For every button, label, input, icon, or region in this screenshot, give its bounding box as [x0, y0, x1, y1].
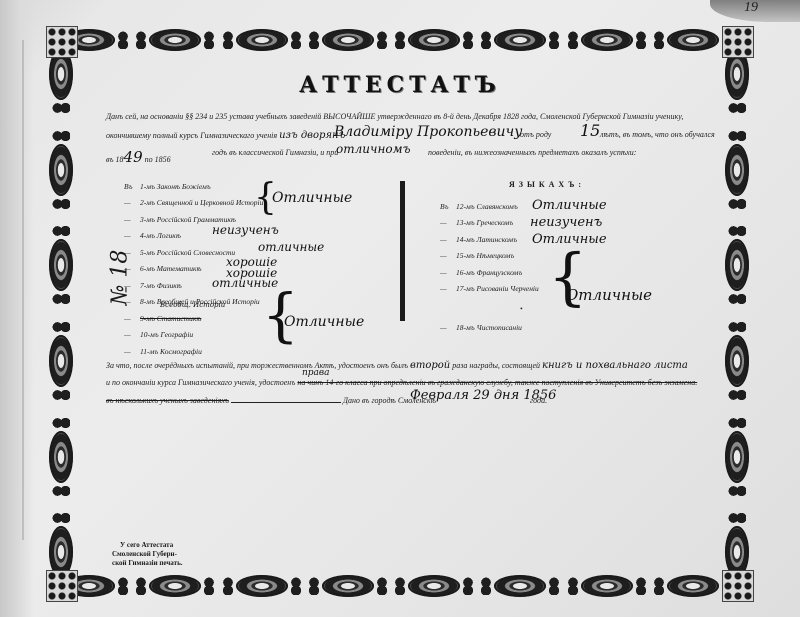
subject-row: —10-мъ Географіи	[124, 327, 263, 344]
closing-year-word: года.	[530, 396, 547, 405]
subject-row: —16-мъ Французскомъ	[440, 264, 539, 281]
oval-ornament-icon	[725, 144, 749, 196]
subject-row: —15-мъ Нѣмецкомъ	[440, 248, 539, 265]
subject-9-correction: Всеобщ. Исторіи	[160, 301, 225, 309]
subject-row: —14-мъ Латинскомъ	[440, 231, 539, 248]
spacer-dot: •	[440, 297, 539, 319]
student-age: 15	[580, 121, 600, 140]
languages-heading: ЯЗЫКАХЪ:	[509, 180, 585, 189]
start-year: 49	[124, 148, 143, 166]
grade-subject-5: отличные	[258, 240, 324, 254]
oval-ornament-icon	[149, 29, 201, 51]
oval-ornament-icon	[725, 239, 749, 291]
oval-ornament-icon	[236, 29, 288, 51]
archive-number: 19	[744, 0, 758, 16]
oval-ornament-icon	[322, 575, 374, 597]
border-bottom-ornament	[46, 572, 736, 600]
intro-line-3-mid: годъ въ классической Гимназіи, и при	[212, 148, 338, 157]
intro-line-2-tail: отъ роду	[520, 130, 551, 139]
grade-subjects-8-11: Отличные	[284, 314, 364, 330]
subjects-right-list: Въ12-мъ Славянскомъ —13-мъ Греческомъ —1…	[440, 198, 539, 336]
subject-row: —18-мъ Чистописаніи	[440, 319, 539, 336]
grade-subject-4: неизученъ	[212, 223, 279, 237]
intro-line-1: Данъ сей, на основаніи §§ 234 и 235 уста…	[106, 112, 683, 121]
oval-ornament-icon	[408, 575, 460, 597]
closing-line-3: въ нѣсколькихъ ученыхъ заведеніяхъ Дано …	[106, 396, 436, 405]
subject-row: —11-мъ Космографіи	[124, 343, 263, 360]
oval-ornament-icon	[494, 575, 546, 597]
oval-ornament-icon	[49, 144, 73, 196]
oval-ornament-icon	[236, 575, 288, 597]
corner-rosette-icon	[46, 570, 78, 602]
oval-ornament-icon	[725, 335, 749, 387]
subject-row: —13-мъ Греческомъ	[440, 215, 539, 232]
oval-ornament-icon	[667, 575, 719, 597]
subject-row: —17-мъ Рисованіи Черченіи	[440, 281, 539, 298]
oval-ornament-icon	[667, 29, 719, 51]
corner-rosette-icon	[722, 26, 754, 58]
grade-subject-12: Отличные	[532, 198, 607, 213]
column-divider	[400, 181, 405, 321]
oval-ornament-icon	[322, 29, 374, 51]
attestat-document: 19 АТТЕСТАТЪ	[0, 0, 800, 617]
oval-ornament-icon	[581, 29, 633, 51]
grade-subjects-1-3: Отличные	[272, 190, 352, 206]
grade-subjects-15-18: Отличные	[566, 286, 652, 304]
oval-ornament-icon	[581, 575, 633, 597]
number-mark: № 18	[107, 250, 132, 306]
right-inserted: права	[302, 368, 330, 378]
seal-note: У сего Аттестата Смоленской Губерн- ской…	[112, 541, 183, 568]
subject-row: Въ12-мъ Славянскомъ	[440, 198, 539, 215]
oval-ornament-icon	[149, 575, 201, 597]
award-description: книгъ и похвальнаго листа	[542, 360, 688, 371]
oval-ornament-icon	[494, 29, 546, 51]
intro-line-2-end: лѣтъ, въ томъ, что онъ обучался	[600, 130, 715, 139]
oval-ornament-icon	[49, 335, 73, 387]
grade-subject-13: неизученъ	[530, 215, 602, 230]
closing-line-2: и по окончаніи курса Гимназическаго учен…	[106, 378, 697, 387]
border-top-ornament	[46, 26, 736, 54]
intro-line-2: окончившему полный курсъ Гимназическаго …	[106, 130, 345, 141]
subject-row: —2-мъ Священной и Церковной Исторіи	[124, 195, 263, 212]
intro-line-3: въ 1849 по 1856	[106, 148, 171, 166]
closing-line-1: За что, после очерёдныхъ испытаній, при …	[106, 360, 688, 371]
document-title: АТТЕСТАТЪ	[0, 72, 800, 98]
subject-row: —9-мъ Статистикѣ	[124, 310, 263, 327]
oval-ornament-icon	[725, 431, 749, 483]
award-times: второй	[410, 360, 450, 371]
oval-ornament-icon	[408, 29, 460, 51]
oval-ornament-icon	[49, 431, 73, 483]
subject-row: Въ1-мъ Законѣ Божіемъ	[124, 178, 263, 195]
border-left-ornament	[46, 26, 76, 600]
border-right-ornament	[722, 26, 752, 600]
corner-rosette-icon	[46, 26, 78, 58]
conduct-grade: отличномъ	[336, 142, 411, 156]
student-name: Владиміру Прокопьевичу	[334, 124, 522, 140]
intro-line-3-end: поведеніи, въ нижеозначенныхъ предметахъ…	[428, 148, 636, 157]
oval-ornament-icon	[49, 239, 73, 291]
corner-rosette-icon	[722, 570, 754, 602]
